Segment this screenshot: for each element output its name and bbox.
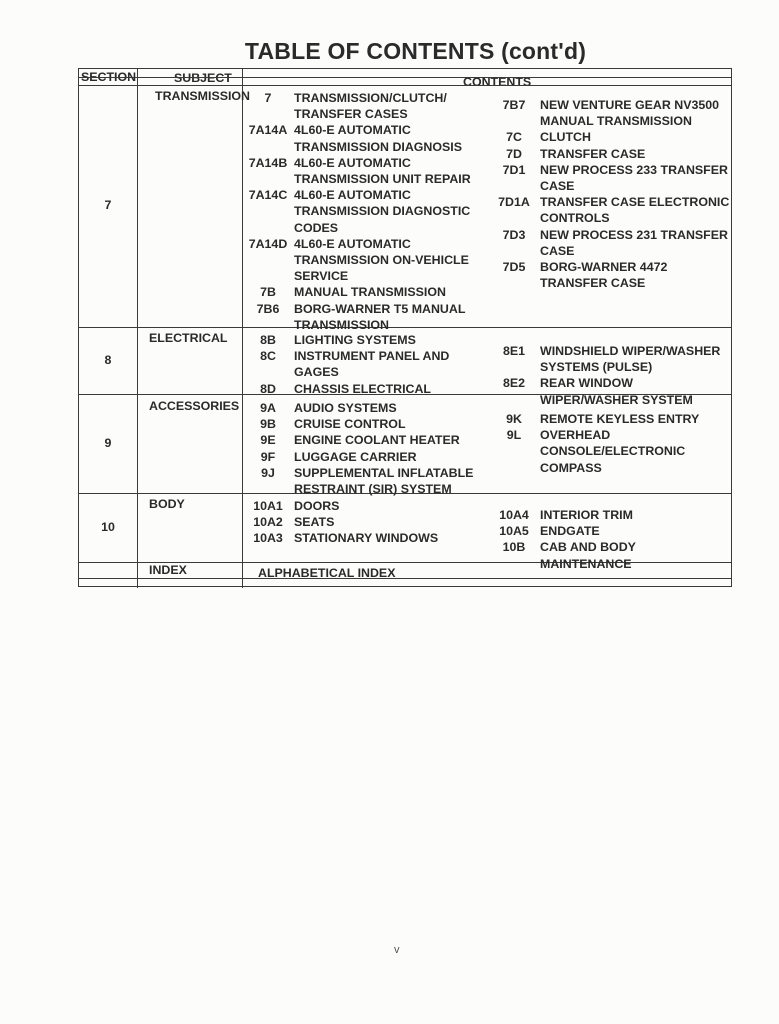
page-title: TABLE OF CONTENTS (cont'd) (0, 38, 779, 65)
entry-code: 10A4 (492, 507, 536, 523)
entry-title: 4L60-E AUTOMATICTRANSMISSION DIAGNOSTICC… (294, 187, 470, 236)
entry-title: 4L60-E AUTOMATICTRANSMISSION DIAGNOSIS (294, 122, 462, 154)
entry-title: LIGHTING SYSTEMS (294, 332, 416, 348)
entry-title: WINDSHIELD WIPER/WASHERSYSTEMS (PULSE) (540, 343, 720, 375)
entry-code: 7A14B (246, 155, 290, 171)
section-number: 10 (79, 520, 137, 534)
entry-title: INTERIOR TRIM (540, 507, 633, 523)
entry-title: BORG-WARNER T5 MANUALTRANSMISSION (294, 301, 465, 333)
row-divider (79, 85, 731, 86)
entry-title: 4L60-E AUTOMATICTRANSMISSION UNIT REPAIR (294, 155, 471, 187)
entry-code: 7 (246, 90, 290, 106)
entry-code: 7A14A (246, 122, 290, 138)
entry-title: ENDGATE (540, 523, 600, 539)
entry-title: CHASSIS ELECTRICAL (294, 381, 431, 397)
section-number: 8 (79, 353, 137, 367)
entry-code: 7D3 (492, 227, 536, 243)
entry-title: INSTRUMENT PANEL ANDGAGES (294, 348, 449, 380)
page-number: v (394, 944, 400, 956)
subject-label: BODY (149, 496, 185, 512)
entry-code: 9B (246, 416, 290, 432)
entry-code: 9A (246, 400, 290, 416)
subject-label: ACCESSORIES (149, 398, 239, 414)
entry-title: NEW PROCESS 231 TRANSFERCASE (540, 227, 728, 259)
column-divider (137, 69, 138, 588)
entry-title: 4L60-E AUTOMATICTRANSMISSION ON-VEHICLES… (294, 236, 469, 285)
entry-code: 7A14C (246, 187, 290, 203)
entry-code: 10A5 (492, 523, 536, 539)
entry-code: 9E (246, 432, 290, 448)
entry-code: 10A1 (246, 498, 290, 514)
entry-code: 7B6 (246, 301, 290, 317)
entry-title: AUDIO SYSTEMS (294, 400, 397, 416)
header-subject: SUBJECT (174, 70, 232, 86)
entry-title: ALPHABETICAL INDEX (258, 565, 395, 581)
entry-code: 7B (246, 284, 290, 300)
entry-code: 8E1 (492, 343, 536, 359)
column-divider (242, 69, 243, 588)
entry-title: TRANSFER CASE (540, 146, 645, 162)
entry-code: 7C (492, 129, 536, 145)
entry-code: 10B (492, 539, 536, 555)
entry-code: 8E2 (492, 375, 536, 391)
section-number: 7 (79, 198, 137, 212)
entry-title: CRUISE CONTROL (294, 416, 406, 432)
row-divider (79, 77, 731, 78)
entry-title: REMOTE KEYLESS ENTRY (540, 411, 699, 427)
entry-code: 7D1 (492, 162, 536, 178)
entry-title: CLUTCH (540, 129, 591, 145)
entry-title: REAR WINDOWWIPER/WASHER SYSTEM (540, 375, 693, 407)
toc-table: SECTION SUBJECT CONTENTS 7TRANSMISSION7T… (78, 68, 732, 587)
entry-title: STATIONARY WINDOWS (294, 530, 438, 546)
entry-title: TRANSMISSION/CLUTCH/TRANSFER CASES (294, 90, 447, 122)
entry-code: 9K (492, 411, 536, 427)
entry-code: 7D5 (492, 259, 536, 275)
entry-code: 8D (246, 381, 290, 397)
entry-title: MANUAL TRANSMISSION (294, 284, 446, 300)
entry-title: CAB AND BODYMAINTENANCE (540, 539, 636, 571)
entry-code: 10A3 (246, 530, 290, 546)
entry-code: 7D1A (492, 194, 536, 210)
section-number: 9 (79, 436, 137, 450)
subject-label: ELECTRICAL (149, 330, 227, 346)
entry-code: 9J (246, 465, 290, 481)
entry-title: SUPPLEMENTAL INFLATABLERESTRAINT (SIR) S… (294, 465, 473, 497)
entry-code: 10A2 (246, 514, 290, 530)
entry-title: OVERHEADCONSOLE/ELECTRONICCOMPASS (540, 427, 685, 476)
entry-code: 9L (492, 427, 536, 443)
entry-code: 7B7 (492, 97, 536, 113)
entry-title: BORG-WARNER 4472TRANSFER CASE (540, 259, 667, 291)
subject-label: INDEX (149, 562, 187, 578)
entry-code: 8C (246, 348, 290, 364)
entry-title: SEATS (294, 514, 334, 530)
entry-title: ENGINE COOLANT HEATER (294, 432, 460, 448)
entry-code: 9F (246, 449, 290, 465)
entry-title: LUGGAGE CARRIER (294, 449, 417, 465)
entry-code: 7A14D (246, 236, 290, 252)
entry-code: 8B (246, 332, 290, 348)
entry-title: DOORS (294, 498, 339, 514)
entry-title: NEW VENTURE GEAR NV3500MANUAL TRANSMISSI… (540, 97, 719, 129)
entry-title: TRANSFER CASE ELECTRONICCONTROLS (540, 194, 729, 226)
entry-title: NEW PROCESS 233 TRANSFERCASE (540, 162, 728, 194)
entry-code: 7D (492, 146, 536, 162)
subject-label: TRANSMISSION (155, 88, 250, 104)
